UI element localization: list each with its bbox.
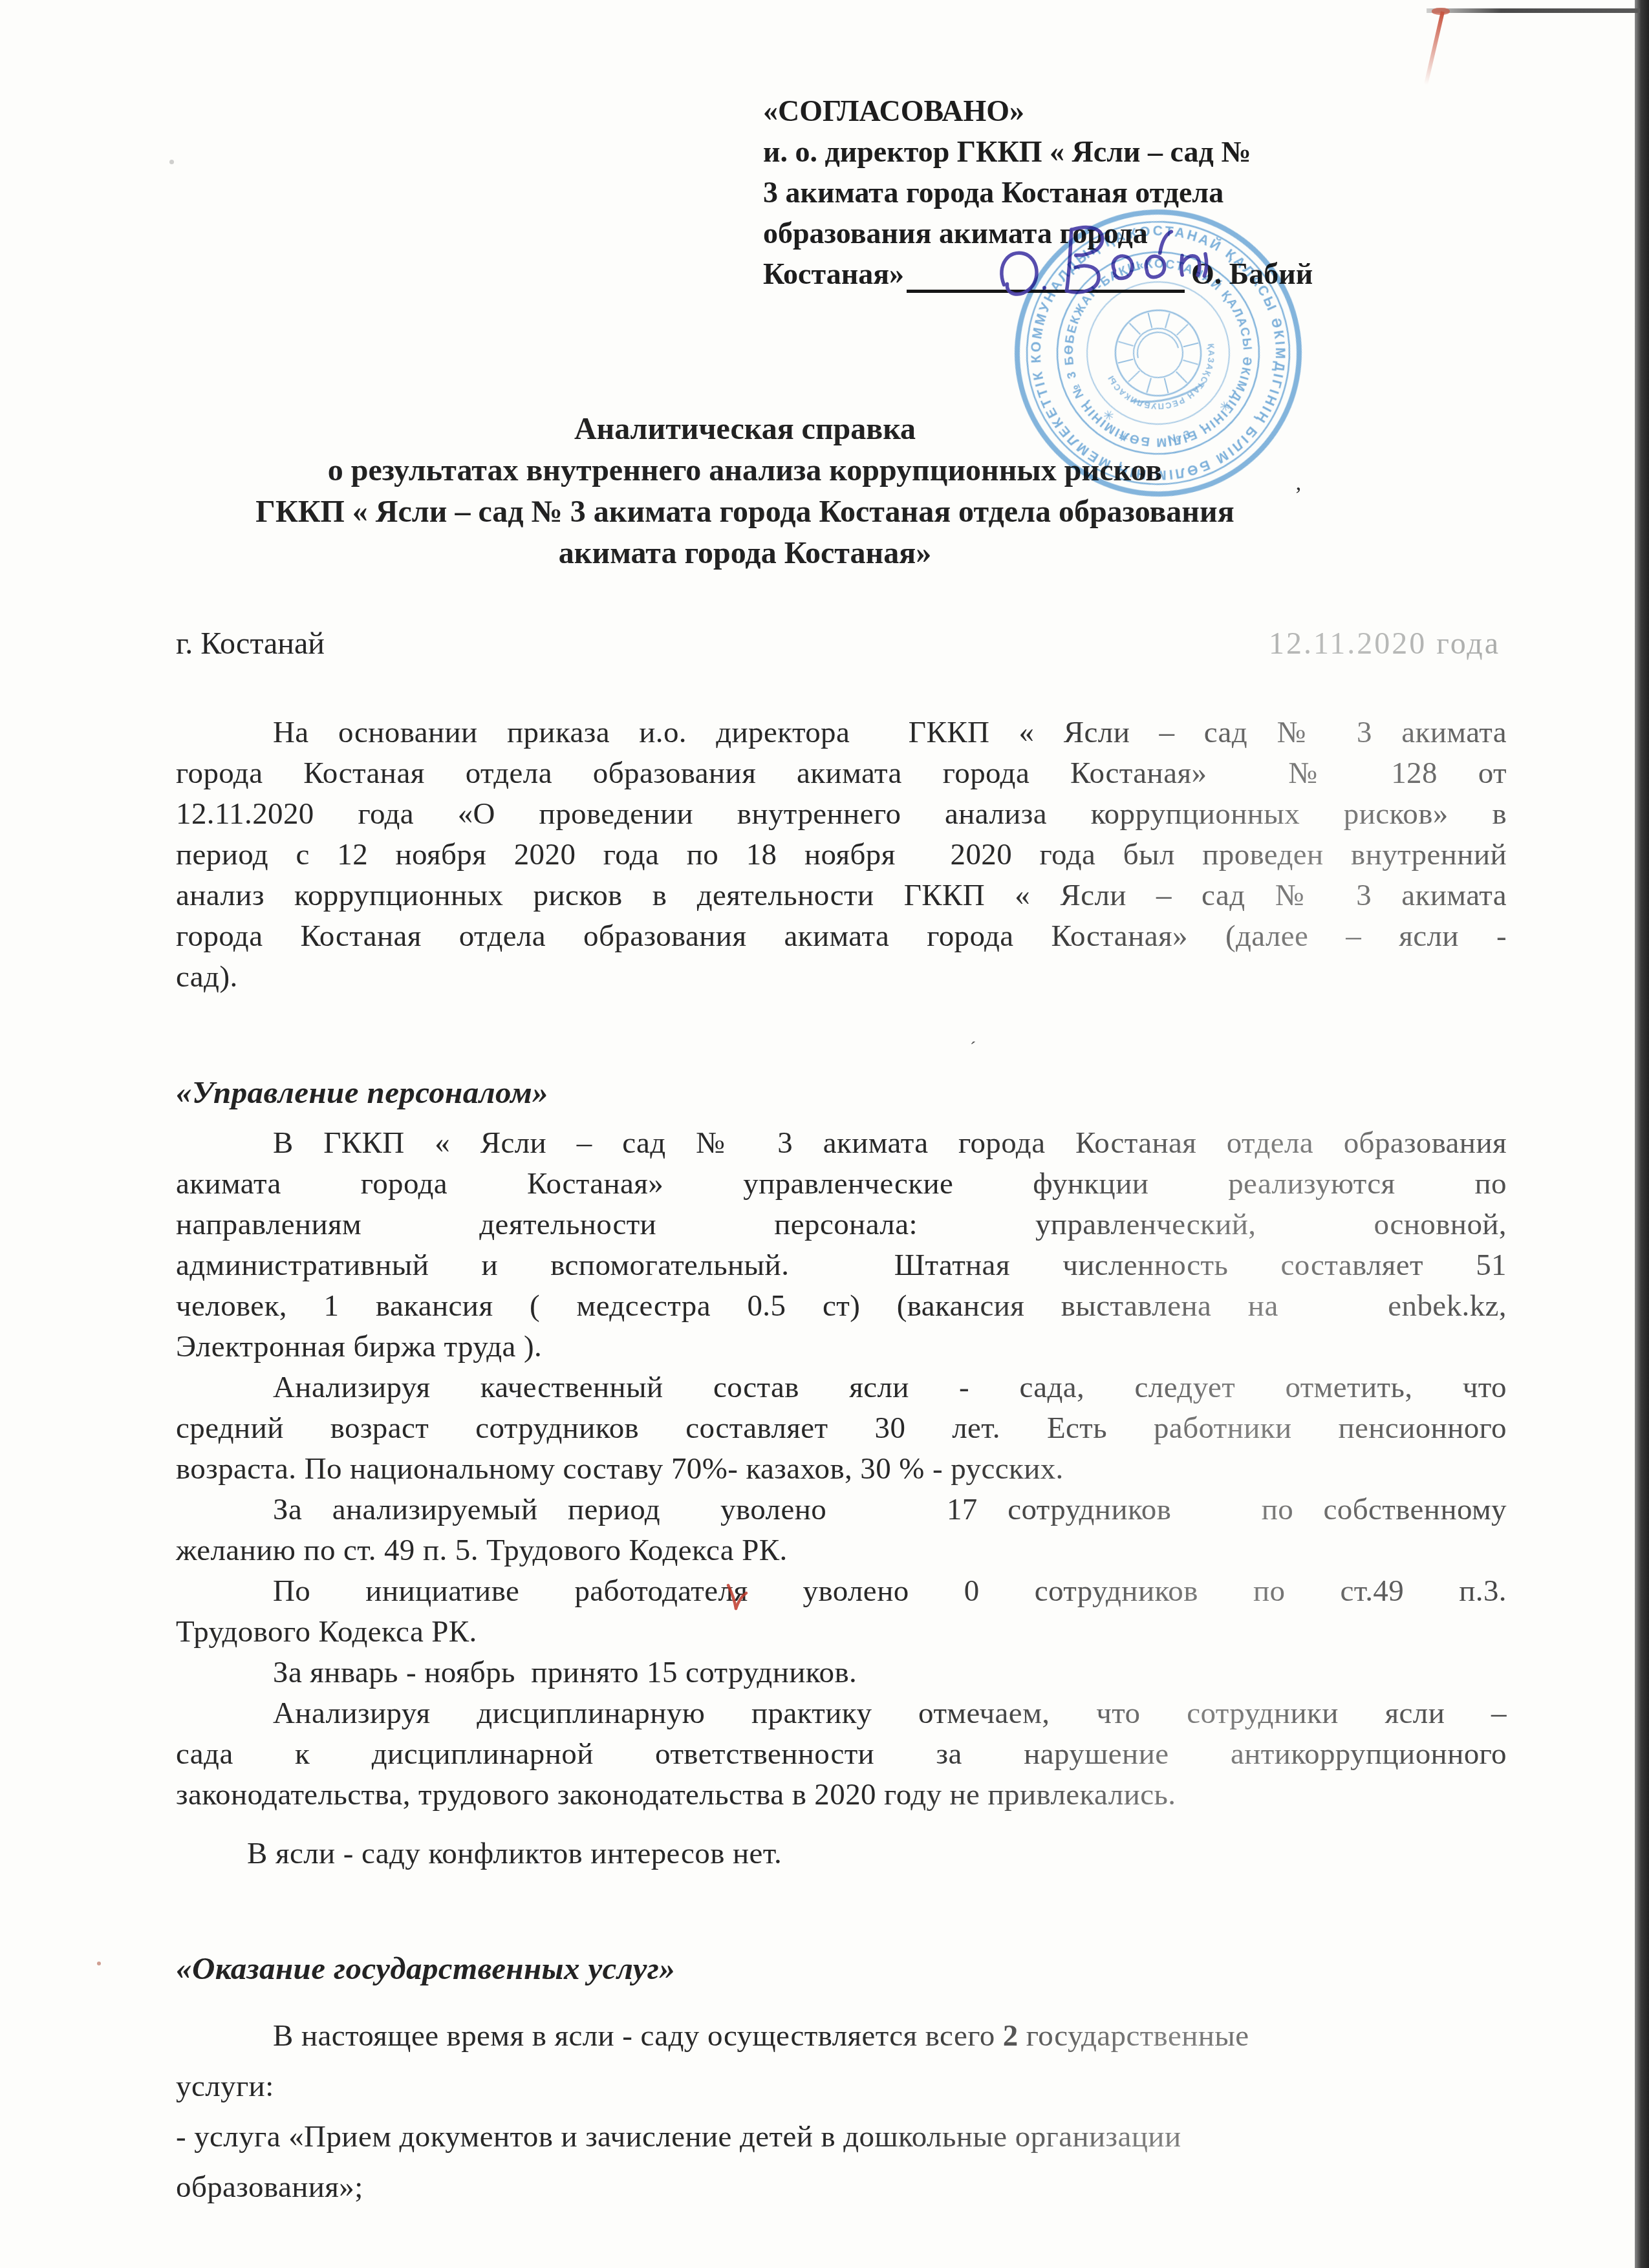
- scan-edge-band-artifact: [1635, 0, 1649, 2268]
- section-heading-services: «Оказание государственных услуг»: [176, 1943, 1507, 1994]
- scan-red-scratch-artifact: [1424, 11, 1445, 85]
- paragraph-line: период с 12 ноября 2020 года по 18 ноябр…: [176, 835, 1507, 875]
- paragraph-line: За январь - ноябрь принято 15 сотруднико…: [176, 1653, 1507, 1693]
- paragraph-line: - услуга «Прием документов и зачисление …: [176, 2112, 1507, 2162]
- paragraph-line: Анализируя качественный состав ясли - са…: [176, 1367, 1507, 1408]
- paragraph-line: законодательства, трудового законодатель…: [176, 1775, 1507, 1815]
- paragraph-line: города Костаная отдела образования акима…: [176, 753, 1507, 794]
- paragraph-line: сад).: [176, 957, 1507, 998]
- scan-apostrophe-speck: ʼ: [1295, 484, 1302, 508]
- services-count: 2: [1003, 2019, 1018, 2053]
- title-line: акимата города Костаная»: [176, 533, 1314, 574]
- paragraph-line: Электронная биржа труда ).: [176, 1327, 1507, 1367]
- paragraph-line: В настоящее время в ясли - саду осуществ…: [176, 2011, 1507, 2061]
- scan-top-line-artifact: [1427, 8, 1640, 13]
- paragraph-line: На основании приказа и.о. директора ГККП…: [176, 712, 1507, 753]
- paragraph-line: человек, 1 вакансия ( медсестра 0.5 ст) …: [176, 1286, 1507, 1327]
- paragraph-line: По инициативе работодателя уволено 0 сот…: [176, 1571, 1507, 1612]
- scan-speck: [169, 160, 174, 164]
- paragraph-line: Трудового Кодекса РК.: [176, 1612, 1507, 1653]
- document-place: г. Костанай: [176, 626, 325, 661]
- paragraph-line: образования»;: [176, 2162, 1507, 2212]
- paragraph-line: сада к дисциплинарной ответственности за…: [176, 1734, 1507, 1775]
- paragraph-line: анализ коррупционных рисков в деятельнос…: [176, 875, 1507, 916]
- paragraph-line: направлениям деятельности персонала: упр…: [176, 1204, 1507, 1245]
- scan-speck: [97, 1962, 101, 1965]
- section-heading-personnel: «Управление персоналом»: [176, 1072, 1507, 1113]
- scanned-document-page: «СОГЛАСОВАНО» и. о. директор ГККП « Ясли…: [0, 0, 1649, 2268]
- paragraph-line: акимата города Костаная» управленческие …: [176, 1164, 1507, 1204]
- red-pen-tick-mark: [723, 1581, 749, 1611]
- paragraph-line: В ясли - саду конфликтов интересов нет.: [176, 1828, 1507, 1879]
- document-date: 12.11.2020 года: [1269, 626, 1500, 661]
- paragraph-line: города Костаная отдела образования акима…: [176, 916, 1507, 957]
- paragraph-line: Анализируя дисциплинарную практику отмеч…: [176, 1693, 1507, 1734]
- scan-red-blob-artifact: [1432, 8, 1450, 15]
- paragraph-line: услуги:: [176, 2061, 1507, 2112]
- scan-tick-speck: ˊ: [970, 1038, 976, 1059]
- approval-line: «СОГЛАСОВАНО»: [763, 91, 1313, 131]
- approval-line: и. о. директор ГККП « Ясли – сад №: [763, 131, 1313, 172]
- approval-line-prefix: Костаная»: [763, 253, 904, 294]
- paragraph-line: За анализируемый период уволено 17 сотру…: [176, 1490, 1507, 1530]
- paragraph-line: возраста. По национальному составу 70%- …: [176, 1449, 1507, 1490]
- paragraph-line: 12.11.2020 года «О проведении внутреннег…: [176, 794, 1507, 835]
- paragraph-text: государственные: [1018, 2019, 1249, 2053]
- paragraph-line: В ГККП « Ясли – сад № 3 акимата города К…: [176, 1123, 1507, 1164]
- paragraph-line: желанию по ст. 49 п. 5. Трудового Кодекс…: [176, 1530, 1507, 1571]
- paragraph-text: В настоящее время в ясли - саду осуществ…: [273, 2019, 1003, 2053]
- paragraph-line: средний возраст сотрудников составляет 3…: [176, 1408, 1507, 1449]
- paragraph-line: административный и вспомогательный. Штат…: [176, 1245, 1507, 1286]
- document-body: На основании приказа и.о. директора ГККП…: [176, 712, 1507, 2212]
- place-date-row: г. Костанай 12.11.2020 года: [176, 626, 1500, 661]
